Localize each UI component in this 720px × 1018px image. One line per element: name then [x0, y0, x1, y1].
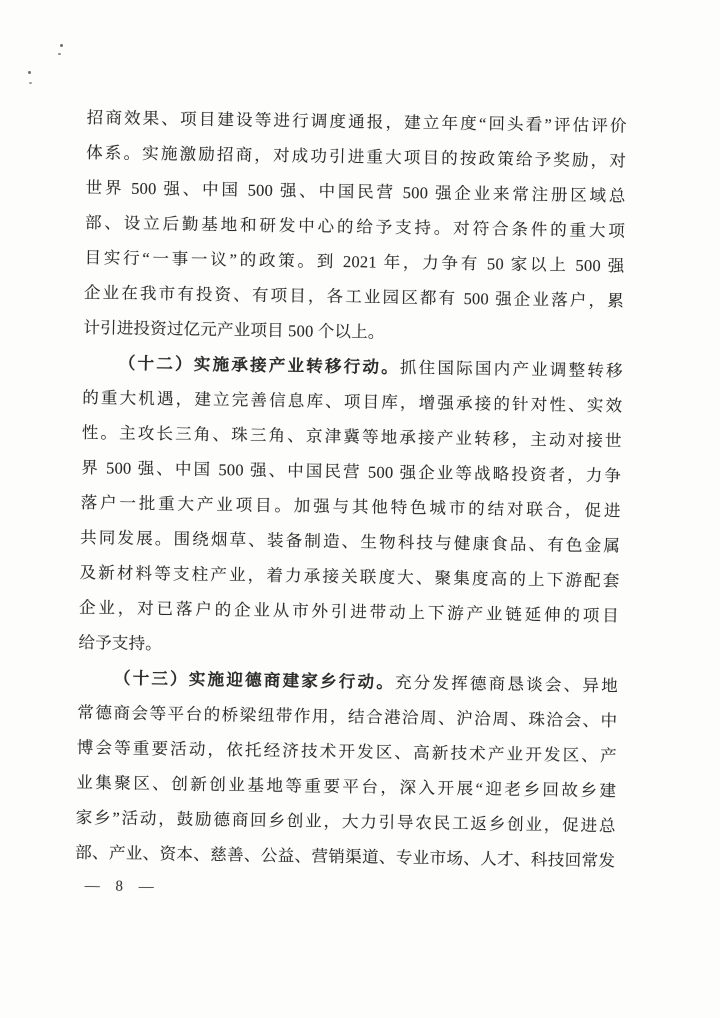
section-lead-rest: 抓住国际国内产业调整转移 [400, 358, 623, 380]
page-number: — 8 — [84, 873, 614, 907]
paragraph-section-12: （十二）实施承接产业转移行动。抓住国际国内产业调整转移 的重大机遇，建立完善信息… [78, 345, 623, 668]
text-block: 招商效果、项目建设等进行调度通报，建立年度“回头看”评估评价 体系。实施激励招商… [74, 100, 626, 907]
ink-speck [58, 53, 61, 55]
text-line: 部、产业、资本、慈善、公益、营销渠道、专业市场、人才、科技回常发 [75, 835, 615, 878]
ink-speck [28, 71, 31, 74]
document-page: 招商效果、项目建设等进行调度通报，建立年度“回头看”评估评价 体系。实施激励招商… [0, 0, 720, 1018]
ink-speck [29, 82, 32, 84]
paragraph-continuation: 招商效果、项目建设等进行调度通报，建立年度“回头看”评估评价 体系。实施激励招商… [83, 100, 627, 353]
ink-speck [60, 44, 63, 47]
paragraph-section-13: （十三）实施迎德商建家乡行动。充分发挥德商恳谈会、异地 常德商会等平台的桥梁纽带… [75, 660, 618, 878]
section-lead: （十二）实施承接产业转移行动。 [119, 354, 400, 377]
section-lead-rest: 充分发挥德商恳谈会、异地 [395, 673, 618, 695]
section-lead: （十三）实施迎德商建家乡行动。 [114, 668, 395, 691]
